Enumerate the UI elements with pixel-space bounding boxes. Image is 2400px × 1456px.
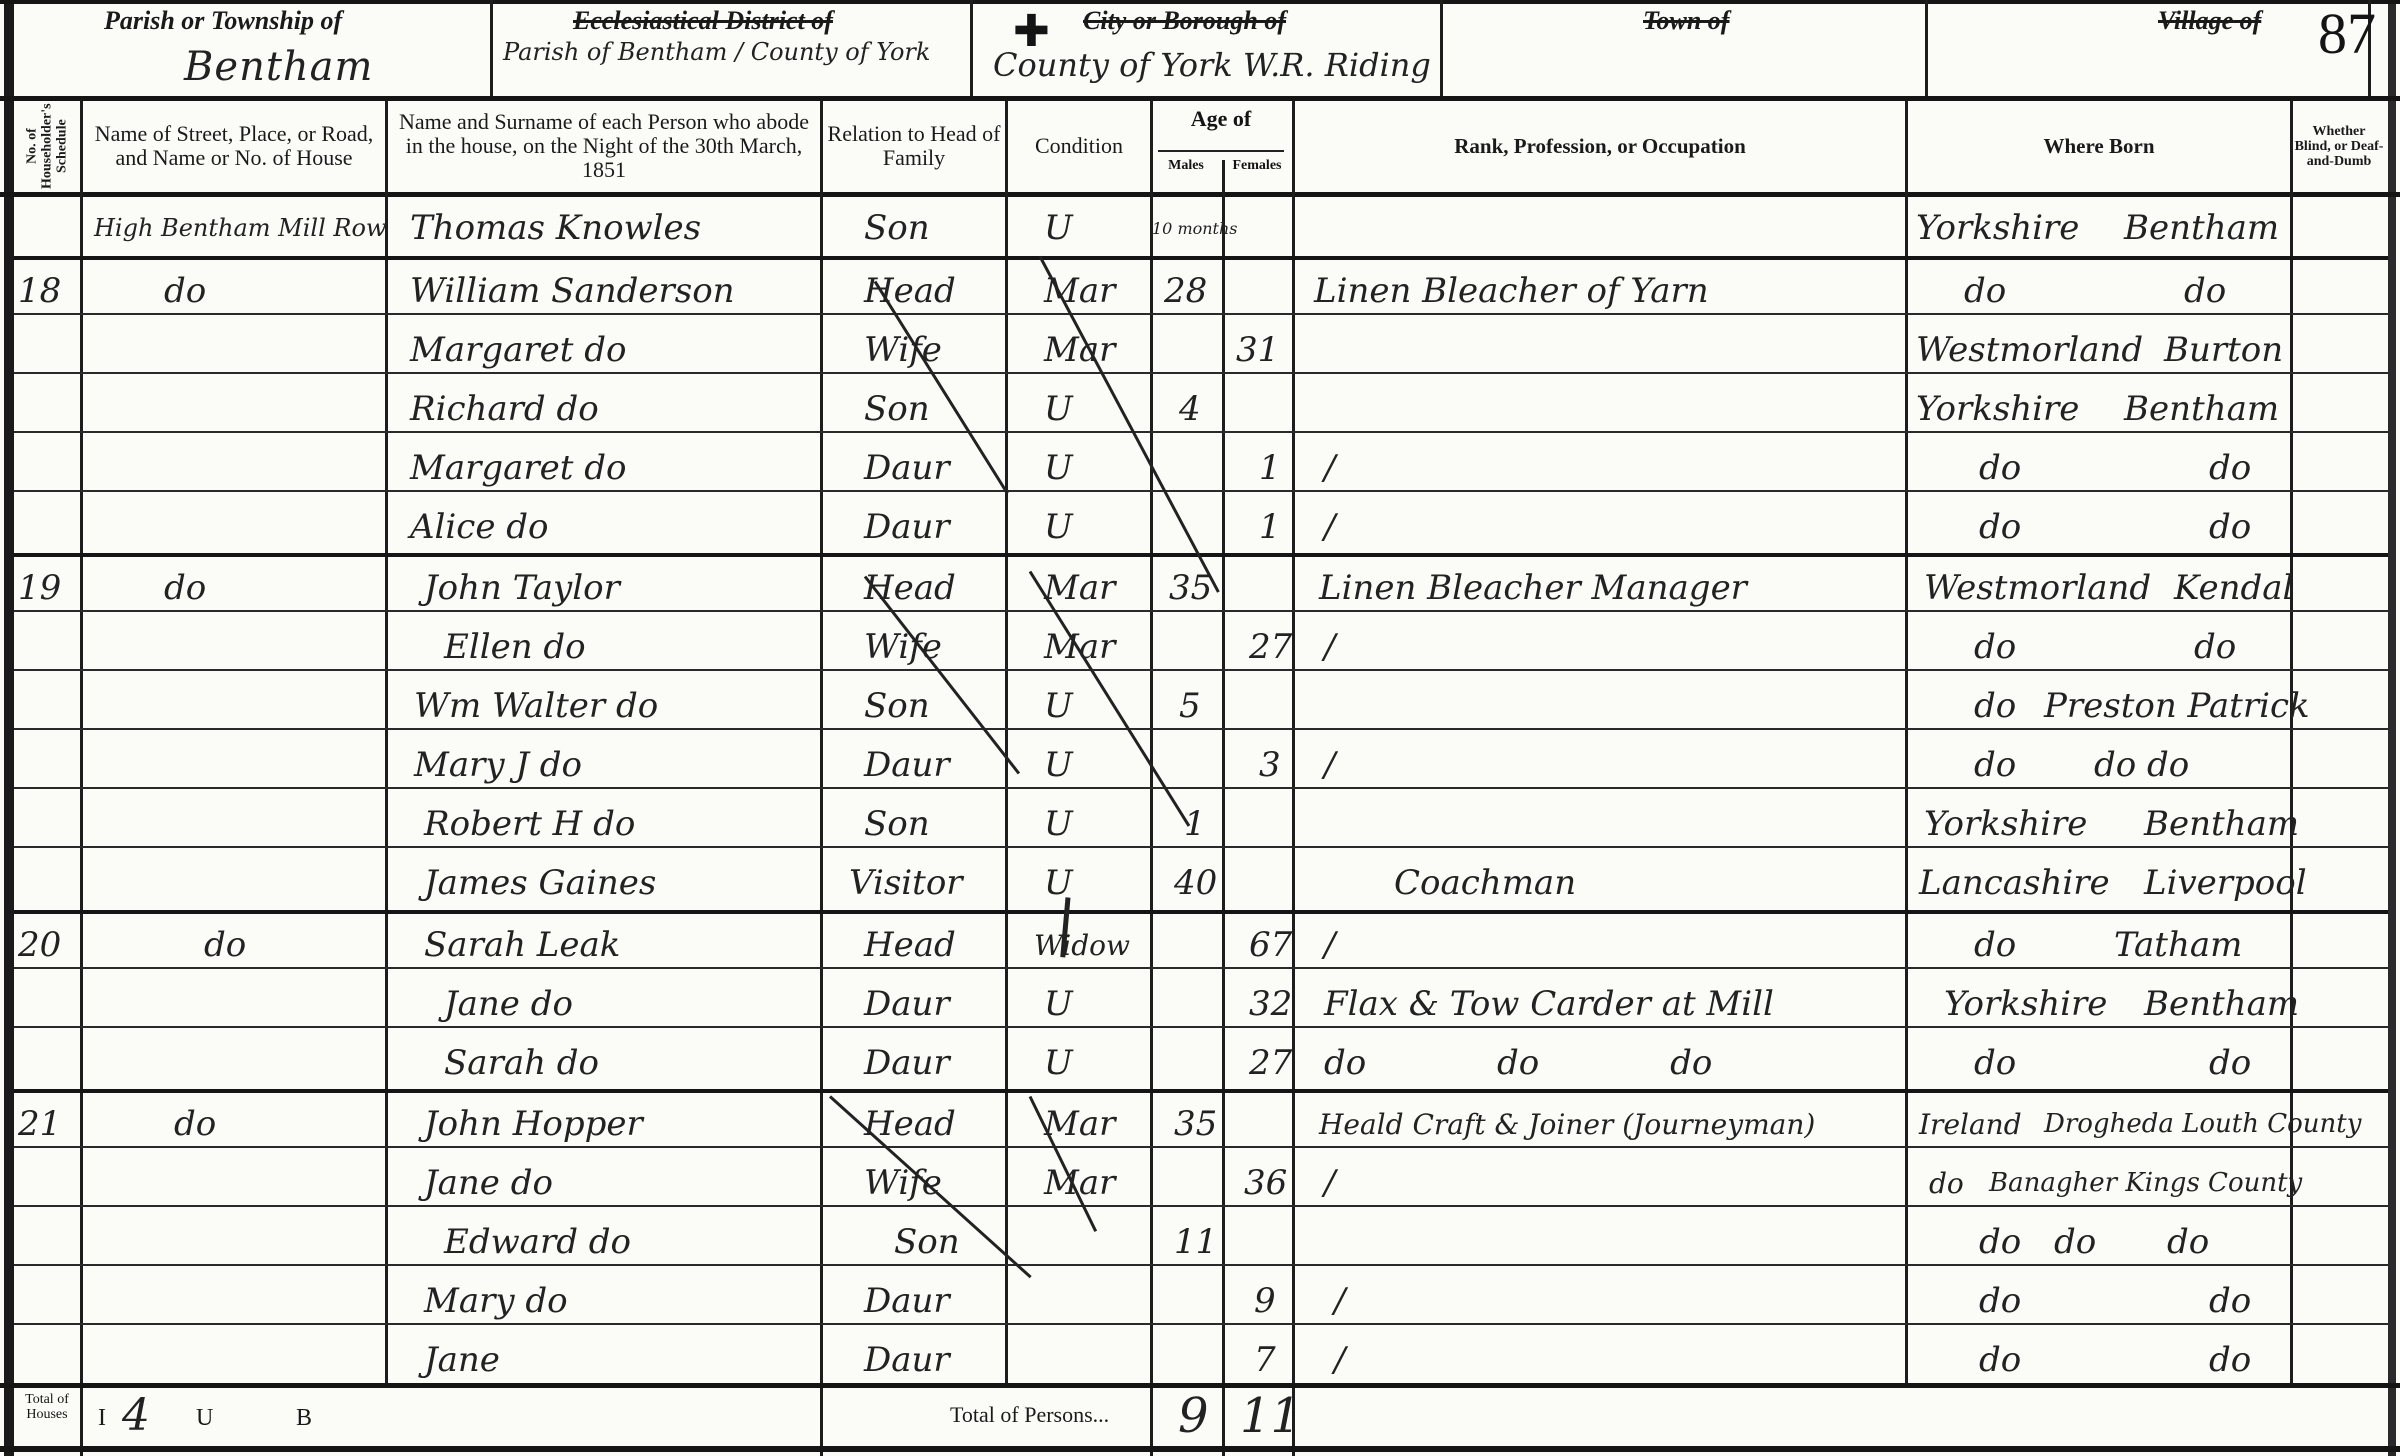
person-name: John Hopper bbox=[424, 1099, 643, 1149]
ecclesiastical-district-field: Ecclesiastical District of Parish of Ben… bbox=[493, 0, 970, 98]
schedule-number bbox=[18, 203, 78, 253]
schedule-number: 18 bbox=[18, 266, 61, 316]
building-label: B bbox=[296, 1405, 312, 1432]
row-rule bbox=[14, 787, 2388, 789]
table-row: Ellen do Wife Mar 27 / do do bbox=[14, 616, 2388, 675]
male-age-cell: 40 bbox=[1174, 858, 1217, 908]
table-row: Mary J do Daur U 3 / do do do bbox=[14, 734, 2388, 793]
born-county-cell: Lancashire bbox=[1919, 858, 2110, 908]
person-name: Sarah do bbox=[444, 1038, 599, 1088]
relation-cell: Son bbox=[864, 203, 930, 253]
person-name: Jane do bbox=[444, 979, 573, 1029]
born-place-cell: Bentham bbox=[2144, 979, 2299, 1029]
born-county-cell: do bbox=[1974, 920, 2016, 970]
village-field: Village of bbox=[1928, 0, 2368, 98]
town-label: Town of bbox=[1643, 6, 1729, 36]
street-cell: do bbox=[164, 563, 206, 613]
street-cell: High Bentham Mill Row bbox=[94, 203, 386, 253]
born-place-cell: do bbox=[2209, 1276, 2251, 1326]
schedule-number: 19 bbox=[18, 563, 61, 613]
row-rule bbox=[14, 1323, 2388, 1325]
female-age-cell: 9 bbox=[1254, 1276, 1276, 1326]
born-place-cell: do bbox=[2194, 622, 2236, 672]
relation-cell: Daur bbox=[864, 1276, 950, 1326]
born-place-cell: do bbox=[2209, 1038, 2251, 1088]
female-age-cell: 67 bbox=[1249, 920, 1292, 970]
bottom-border bbox=[0, 1446, 2400, 1452]
col-header-relation: Relation to Head of Family bbox=[823, 100, 1005, 192]
row-rule bbox=[14, 431, 2388, 433]
eccl-value: Parish of Bentham / County of York bbox=[503, 38, 930, 66]
born-place-cell: do bbox=[2184, 266, 2226, 316]
person-name: Robert H do bbox=[424, 799, 635, 849]
occupation-cell: do do do bbox=[1324, 1038, 1712, 1088]
row-rule bbox=[14, 1026, 2388, 1028]
row-rule bbox=[14, 1146, 2388, 1148]
relation-cell: Daur bbox=[864, 979, 950, 1029]
occupation-cell: / bbox=[1324, 920, 1335, 970]
person-name: Alice do bbox=[410, 502, 549, 552]
occupation-cell: / bbox=[1334, 1335, 1345, 1385]
relation-cell: Head bbox=[864, 920, 956, 970]
born-place-cell: Preston Patrick bbox=[2044, 681, 2310, 731]
born-place-cell: Kendal bbox=[2174, 563, 2293, 613]
city-borough-field: ✚ City or Borough of County of York W.R.… bbox=[973, 0, 1440, 98]
table-row: Jane do Daur U 32 Flax & Tow Carder at M… bbox=[14, 973, 2388, 1032]
occupation-cell: / bbox=[1324, 740, 1335, 790]
col-header-females: Females bbox=[1222, 158, 1292, 174]
condition-cell: Mar bbox=[1044, 266, 1115, 316]
born-county-cell: do bbox=[1929, 1158, 1964, 1208]
relation-cell: Head bbox=[864, 266, 956, 316]
row-rule bbox=[14, 313, 2388, 315]
occupation-cell: Coachman bbox=[1394, 858, 1576, 908]
female-age-cell: 7 bbox=[1254, 1335, 1276, 1385]
born-county-cell: do bbox=[1979, 1276, 2021, 1326]
condition-cell: U bbox=[1044, 443, 1073, 493]
col-header-occupation: Rank, Profession, or Occupation bbox=[1295, 100, 1905, 192]
born-place-cell: do bbox=[2209, 443, 2251, 493]
table-row: Margaret do Wife Mar 31 Westmorland Burt… bbox=[14, 319, 2388, 378]
person-name: Jane bbox=[424, 1335, 500, 1385]
person-name: Thomas Knowles bbox=[410, 203, 701, 253]
row-rule bbox=[14, 846, 2388, 848]
relation-cell: Daur bbox=[864, 502, 950, 552]
female-age-cell: 27 bbox=[1249, 1038, 1292, 1088]
table-row: Mary do Daur 9 / do do bbox=[14, 1270, 2388, 1329]
city-value: County of York W.R. Riding bbox=[993, 46, 1431, 84]
born-county-cell: do bbox=[1979, 443, 2021, 493]
male-age-cell: 35 bbox=[1174, 1099, 1217, 1149]
born-county-cell: Ireland bbox=[1919, 1099, 2022, 1149]
col-header-schedule: No. of Householder's Schedule bbox=[14, 100, 80, 192]
occupation-cell: / bbox=[1324, 502, 1335, 552]
born-place-cell: Banagher Kings County bbox=[1989, 1158, 2302, 1208]
total-males: 9 bbox=[1178, 1388, 1209, 1444]
person-name: Mary J do bbox=[414, 740, 582, 790]
condition-cell: U bbox=[1044, 979, 1073, 1029]
census-page: Parish or Township of Bentham Ecclesiast… bbox=[0, 0, 2400, 1456]
relation-cell: Son bbox=[864, 799, 930, 849]
born-county-cell: Yorkshire bbox=[1944, 979, 2107, 1029]
uninhabited-label: U bbox=[196, 1405, 213, 1432]
person-name: Ellen do bbox=[444, 622, 586, 672]
relation-cell: Visitor bbox=[849, 858, 963, 908]
person-name: Jane do bbox=[424, 1158, 553, 1208]
table-row: 20 do Sarah Leak Head Widow 67 / do Tath… bbox=[14, 914, 2388, 973]
page-edge-left bbox=[4, 0, 14, 1456]
male-age-cell: 4 bbox=[1179, 384, 1201, 434]
occupation-cell: Linen Bleacher of Yarn bbox=[1314, 266, 1709, 316]
male-age-cell: 28 bbox=[1164, 266, 1207, 316]
table-row: Jane do Wife Mar 36 / do Banagher Kings … bbox=[14, 1152, 2388, 1211]
occupation-cell: / bbox=[1334, 1276, 1345, 1326]
table-row: High Bentham Mill Row Thomas Knowles Son… bbox=[14, 197, 2388, 256]
inhabited-count: 4 bbox=[122, 1390, 150, 1441]
born-place-cell: Bentham bbox=[2124, 203, 2279, 253]
female-age-cell: 1 bbox=[1259, 502, 1281, 552]
born-place-cell: Burton bbox=[2164, 325, 2283, 375]
col-header-where-born: Where Born bbox=[1908, 100, 2290, 192]
table-row: 21 do John Hopper Head Mar 35 Heald Craf… bbox=[14, 1093, 2388, 1152]
col-header-males: Males bbox=[1150, 158, 1222, 174]
relation-cell: Daur bbox=[864, 1038, 950, 1088]
relation-cell: Daur bbox=[864, 740, 950, 790]
col-header-name: Name and Surname of each Person who abod… bbox=[388, 100, 820, 192]
male-age-cell: 11 bbox=[1174, 1217, 1217, 1267]
condition-cell: Mar bbox=[1044, 563, 1115, 613]
page-edge-right bbox=[2388, 0, 2396, 1456]
condition-cell: Mar bbox=[1044, 622, 1115, 672]
male-age-cell: 10 months bbox=[1152, 203, 1238, 253]
born-place-cell: Bentham bbox=[2124, 384, 2279, 434]
occupation-cell: / bbox=[1324, 1158, 1335, 1208]
condition-cell: U bbox=[1044, 681, 1073, 731]
born-county-cell: do bbox=[1974, 740, 2016, 790]
folio-number: 87 bbox=[2318, 0, 2376, 67]
table-row: Richard do Son U 4 Yorkshire Bentham bbox=[14, 378, 2388, 437]
born-county-cell: Yorkshire bbox=[1916, 384, 2079, 434]
born-county-cell: do bbox=[1964, 266, 2006, 316]
occupation-cell: Flax & Tow Carder at Mill bbox=[1324, 979, 1774, 1029]
born-county-cell: Westmorland bbox=[1924, 563, 2151, 613]
table-row: James Gaines Visitor U 40 Coachman Lanca… bbox=[14, 852, 2388, 911]
born-county-cell: do bbox=[1974, 681, 2016, 731]
total-houses-label: Total of Houses bbox=[14, 1392, 80, 1422]
condition-cell: U bbox=[1044, 740, 1073, 790]
relation-cell: Son bbox=[894, 1217, 960, 1267]
born-county-cell: do bbox=[1974, 1038, 2016, 1088]
person-name: Sarah Leak bbox=[424, 920, 620, 970]
born-place-cell: do bbox=[2209, 502, 2251, 552]
person-name: William Sanderson bbox=[410, 266, 735, 316]
relation-cell: Son bbox=[864, 384, 930, 434]
total-females: 11 bbox=[1240, 1388, 1301, 1444]
born-county-cell: do bbox=[1979, 1335, 2021, 1385]
female-age-cell: 36 bbox=[1244, 1158, 1287, 1208]
occupation-cell: Heald Craft & Joiner (Journeyman) bbox=[1319, 1099, 1815, 1149]
street-cell: do bbox=[164, 266, 206, 316]
person-name: John Taylor bbox=[424, 563, 620, 613]
condition-cell: Widow bbox=[1034, 920, 1130, 970]
row-rule bbox=[14, 967, 2388, 969]
born-place-cell: Tatham bbox=[2114, 920, 2242, 970]
eccl-label: Ecclesiastical District of bbox=[573, 6, 833, 36]
col-header-street: Name of Street, Place, or Road, and Name… bbox=[83, 100, 385, 192]
born-county-cell: do bbox=[1974, 622, 2016, 672]
occupation-cell: / bbox=[1324, 443, 1335, 493]
person-name: Edward do bbox=[444, 1217, 631, 1267]
born-place-cell: Liverpool bbox=[2144, 858, 2307, 908]
inhabited-label: I bbox=[98, 1405, 106, 1432]
village-label: Village of bbox=[2158, 6, 2261, 36]
row-rule bbox=[14, 610, 2388, 612]
condition-cell: U bbox=[1044, 1038, 1073, 1088]
parish-value: Bentham bbox=[184, 44, 373, 90]
col-header-condition: Condition bbox=[1008, 100, 1150, 192]
born-place-cell: Bentham bbox=[2144, 799, 2299, 849]
row-rule bbox=[14, 372, 2388, 374]
female-age-cell: 1 bbox=[1259, 443, 1281, 493]
relation-cell: Daur bbox=[864, 443, 950, 493]
born-place-cell: do bbox=[2209, 1335, 2251, 1385]
born-county-cell: do bbox=[1979, 502, 2021, 552]
female-age-cell: 32 bbox=[1249, 979, 1292, 1029]
condition-cell: U bbox=[1044, 502, 1073, 552]
condition-cell: U bbox=[1044, 799, 1073, 849]
table-row: Wm Walter do Son U 5 do Preston Patrick bbox=[14, 675, 2388, 734]
relation-cell: Son bbox=[864, 681, 930, 731]
table-row: Robert H do Son U 1 Yorkshire Bentham bbox=[14, 793, 2388, 852]
condition-cell: Mar bbox=[1044, 1099, 1115, 1149]
relation-cell: Head bbox=[864, 563, 956, 613]
occupation-cell: / bbox=[1324, 622, 1335, 672]
born-county-cell: Yorkshire bbox=[1916, 203, 2079, 253]
person-name: James Gaines bbox=[424, 858, 656, 908]
table-row: Margaret do Daur U 1 / do do bbox=[14, 437, 2388, 496]
table-row: Sarah do Daur U 27 do do do do do bbox=[14, 1032, 2388, 1091]
male-age-cell: 5 bbox=[1179, 681, 1201, 731]
parish-label: Parish or Township of bbox=[104, 6, 342, 36]
female-age-cell: 31 bbox=[1236, 325, 1279, 375]
table-row: Jane Daur 7 / do do bbox=[14, 1329, 2388, 1388]
row-rule bbox=[14, 669, 2388, 671]
col-header-age: Age of Males Females bbox=[1150, 100, 1292, 192]
person-name: Mary do bbox=[424, 1276, 568, 1326]
city-label: City or Borough of bbox=[1083, 6, 1286, 36]
relation-cell: Wife bbox=[864, 1158, 942, 1208]
col-header-blind-deaf: Whether Blind, or Deaf-and-Dumb bbox=[2293, 100, 2385, 192]
town-field: Town of bbox=[1443, 0, 1925, 98]
occupation-cell: Linen Bleacher Manager bbox=[1319, 563, 1747, 613]
parish-field: Parish or Township of Bentham bbox=[14, 0, 490, 98]
relation-cell: Wife bbox=[864, 622, 942, 672]
table-row: 19 do John Taylor Head Mar 35 Linen Blea… bbox=[14, 557, 2388, 616]
table-row: Alice do Daur U 1 / do do bbox=[14, 496, 2388, 555]
person-name: Margaret do bbox=[410, 325, 626, 375]
row-rule bbox=[14, 1205, 2388, 1207]
born-place-cell: do do bbox=[2054, 1217, 2209, 1267]
born-county-cell: Westmorland bbox=[1916, 325, 2143, 375]
row-rule bbox=[14, 490, 2388, 492]
relation-cell: Daur bbox=[864, 1335, 950, 1385]
born-place-cell: do do bbox=[2094, 740, 2189, 790]
born-place-cell: Drogheda Louth County bbox=[2044, 1099, 2361, 1149]
total-persons-label: Total of Persons... bbox=[950, 1402, 1109, 1428]
person-name: Margaret do bbox=[410, 443, 626, 493]
person-name: Wm Walter do bbox=[414, 681, 658, 731]
table-row: Edward do Son 11 do do do bbox=[14, 1211, 2388, 1270]
row-rule bbox=[14, 1264, 2388, 1266]
age-divider bbox=[1158, 150, 1284, 152]
street-cell: do bbox=[174, 1099, 216, 1149]
street-cell: do bbox=[204, 920, 246, 970]
age-title: Age of bbox=[1150, 106, 1292, 132]
female-age-cell: 27 bbox=[1249, 622, 1292, 672]
condition-cell: U bbox=[1044, 384, 1073, 434]
female-age-cell: 3 bbox=[1259, 740, 1281, 790]
row-rule bbox=[14, 728, 2388, 730]
schedule-number: 20 bbox=[18, 920, 61, 970]
condition-cell: U bbox=[1044, 203, 1073, 253]
born-county-cell: Yorkshire bbox=[1924, 799, 2087, 849]
table-row: 18 do William Sanderson Head Mar 28 Line… bbox=[14, 260, 2388, 319]
schedule-number: 21 bbox=[18, 1099, 61, 1149]
born-county-cell: do bbox=[1979, 1217, 2021, 1267]
person-name: Richard do bbox=[410, 384, 599, 434]
